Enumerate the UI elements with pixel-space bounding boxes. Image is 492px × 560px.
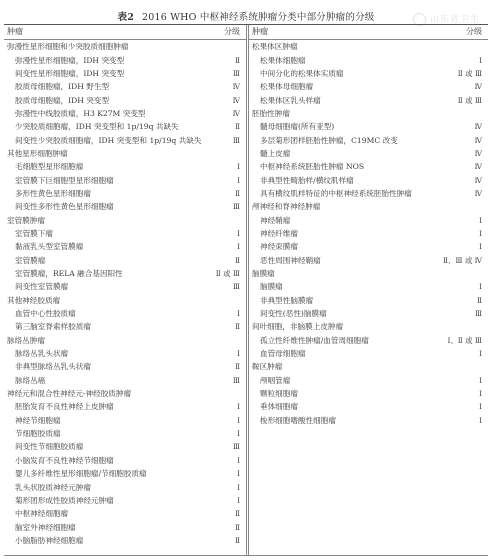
table-group-row: 脉络丛肿瘤 [4,334,246,347]
tumor-name: 间变性星形细胞瘤，IDH 突变型 [4,68,124,79]
table-row: 血管中心性胶质瘤Ⅰ [4,307,246,320]
tumor-name: 胚胎性肿瘤 [249,108,290,119]
right-table-body: 松果体区肿瘤松果体细胞瘤Ⅰ中间分化的松果体实质瘤Ⅱ 或 Ⅲ松果体母细胞瘤Ⅳ松果体… [249,40,488,427]
table-row: 多层菊形团样胚胎性肿瘤，C19MC 改变Ⅳ [249,133,488,146]
tumor-grade: Ⅳ [475,162,488,171]
tumor-grade: Ⅳ [475,189,488,198]
tumor-grade: Ⅳ [233,96,246,105]
tumor-name: 室管膜肿瘤 [4,215,45,226]
table-row: 菊形团形成性胶质神经元肿瘤Ⅰ [4,494,246,507]
tumor-name: 其他星形细胞肿瘤 [4,148,68,159]
table-row: 弥漫性星形细胞瘤，IDH 突变型Ⅱ [4,53,246,66]
tumor-grade: Ⅰ [237,176,246,185]
tumor-grade: Ⅲ [475,309,488,318]
tumor-name: 血管母细胞瘤 [249,348,306,359]
table-row: 髓母细胞瘤(所有亚型)Ⅳ [249,120,488,133]
table-row: 松果体区乳头样瘤Ⅱ 或 Ⅲ [249,93,488,106]
table-group-row: 松果体区肿瘤 [249,40,488,53]
table-row: 孤立性纤维性肿瘤/血管周细胞瘤Ⅰ、Ⅱ 或 Ⅲ [249,334,488,347]
tumor-name: 小脑脂肪神经细胞瘤 [4,535,83,546]
tumor-grade: Ⅱ [235,322,246,331]
table-row: 室管膜下巨细胞型星形细胞瘤Ⅰ [4,173,246,186]
tumor-grade: Ⅲ [233,69,246,78]
table-group-row: 颅神经和脊神经肿瘤 [249,200,488,213]
tumor-grade: Ⅰ [237,162,246,171]
left-table-body: 弥漫性星形细胞和少突胶质细胞肿瘤弥漫性星形细胞瘤，IDH 突变型Ⅱ间变性星形细胞… [4,40,246,547]
table-title: 2016 WHO 中枢神经系统肿瘤分类中部分肿瘤的分级 [142,12,374,23]
tumor-grade: Ⅳ [475,82,488,91]
table-row: 第三脑室脊索样胶质瘤Ⅱ [4,320,246,333]
table-row: 间变性节细胞胶质瘤Ⅲ [4,440,246,453]
table-row: 室管膜下瘤Ⅰ [4,227,246,240]
tumor-grade: Ⅱ [477,296,488,305]
tumor-name: 孤立性纤维性肿瘤/血管周细胞瘤 [249,335,369,346]
table-row: 中间分化的松果体实质瘤Ⅱ 或 Ⅲ [249,67,488,80]
right-table-column: 肿瘤 分级 松果体区肿瘤松果体细胞瘤Ⅰ中间分化的松果体实质瘤Ⅱ 或 Ⅲ松果体母细… [249,25,488,427]
table-group-row: 室管膜肿瘤 [4,213,246,226]
table-row: 颅咽管瘤Ⅰ [249,374,488,387]
tumor-grade: Ⅱ 或 Ⅲ [458,68,488,79]
tumor-grade: Ⅲ [233,136,246,145]
bottom-rule [4,555,488,556]
table-group-row: 脑膜瘤 [249,267,488,280]
table-row: 神经纤维瘤Ⅰ [249,227,488,240]
tumor-grade: Ⅲ [233,202,246,211]
tumor-name: 其他神经胶质瘤 [4,295,60,306]
tumor-name: 婴儿多纤维性星形细胞瘤/节细胞胶质瘤 [4,468,147,479]
tumor-name: 脉络丛肿瘤 [4,335,45,346]
tumor-grade: Ⅰ [237,469,246,478]
tumor-grade: Ⅱ [235,509,246,518]
tumor-grade: Ⅰ、Ⅱ 或 Ⅲ [447,335,488,346]
tumor-name: 神经束膜瘤 [249,241,298,252]
tumor-name: 中枢神经系统胚胎性肿瘤 NOS [249,161,364,172]
table-row: 神经束膜瘤Ⅰ [249,240,488,253]
tumor-name: 神经鞘瘤 [249,215,290,226]
tumor-name: 少突胶质细胞瘤，IDH 突变型和 1p/19q 共缺失 [4,121,179,132]
tumor-name: 松果体区乳头样瘤 [249,95,321,106]
left-header-tumor: 肿瘤 [7,26,23,37]
tumor-name: 恶性周围神经鞘瘤 [249,255,321,266]
table-row: 乳头状胶质神经元肿瘤Ⅰ [4,480,246,493]
tumor-grade: Ⅰ [479,416,488,425]
table-row: 髓上皮瘤Ⅳ [249,147,488,160]
tumor-grade: Ⅱ、Ⅲ 或 Ⅳ [443,255,488,266]
column-separator [246,25,247,555]
tumor-name: 非典型性畸胎样/横纹肌样瘤 [249,175,354,186]
tumor-name: 颅神经和脊神经肿瘤 [249,201,320,212]
tumor-grade: Ⅰ [479,229,488,238]
tumor-name: 中枢神经细胞瘤 [4,508,68,519]
table-row: 中枢神经细胞瘤Ⅱ [4,507,246,520]
tumor-grade: Ⅰ [237,349,246,358]
tumor-name: 间变性多形性黄色星形细胞瘤 [4,201,114,212]
tumor-grade: Ⅱ [235,536,246,545]
table-row: 小脑发育不良性神经节细胞瘤Ⅰ [4,454,246,467]
tumor-name: 脑室外神经细胞瘤 [4,522,76,533]
tumor-grade: Ⅰ [237,429,246,438]
tumor-name: 中间分化的松果体实质瘤 [249,68,344,79]
left-table-column: 肿瘤 分级 弥漫性星形细胞和少突胶质细胞肿瘤弥漫性星形细胞瘤，IDH 突变型Ⅱ间… [4,25,246,547]
table-row: 脉络丛癌Ⅲ [4,374,246,387]
right-header-row: 肿瘤 分级 [249,25,488,40]
left-header-row: 肿瘤 分级 [4,25,246,40]
tumor-name: 室管膜下瘤 [4,228,53,239]
tumor-name: 间变性节细胞胶质瘤 [4,441,83,452]
table-group-row: 间叶细胞，非脑膜上皮肿瘤 [249,320,488,333]
table-row: 中枢神经系统胚胎性肿瘤 NOSⅣ [249,160,488,173]
tumor-name: 神经节细胞瘤 [4,415,61,426]
table-row: 恶性周围神经鞘瘤Ⅱ、Ⅲ 或 Ⅳ [249,254,488,267]
table-group-row: 神经元和混合性神经元-神经胶质肿瘤 [4,387,246,400]
table-row: 胶质母细胞瘤，IDH 突变型Ⅳ [4,93,246,106]
tumor-name: 胶质母细胞瘤，IDH 野生型 [4,81,109,92]
tumor-grade: Ⅱ [235,362,246,371]
tumor-name: 鞍区肿瘤 [249,361,282,372]
tumor-grade: Ⅳ [475,122,488,131]
tumor-grade: Ⅱ [235,523,246,532]
tumor-grade: Ⅰ [479,282,488,291]
tumor-name: 松果体区肿瘤 [249,41,298,52]
tumor-name: 第三脑室脊索样胶质瘤 [4,321,91,332]
table-row: 脑膜瘤Ⅰ [249,280,488,293]
tumor-grade: Ⅰ [237,483,246,492]
tumor-name: 节细胞胶质瘤 [4,428,61,439]
table-row: 松果体细胞瘤Ⅰ [249,53,488,66]
table-row: 胚胎发育不良性神经上皮肿瘤Ⅰ [4,400,246,413]
table-row: 脑室外神经细胞瘤Ⅱ [4,520,246,533]
tumor-name: 弥漫性星形细胞瘤，IDH 突变型 [4,55,124,66]
tumor-grade: Ⅳ [475,136,488,145]
tumor-grade: Ⅰ [479,56,488,65]
tumor-grade: Ⅳ [475,176,488,185]
tumor-name: 室管膜瘤，RELA 融合基因阳性 [4,268,123,279]
table-row: 毛细胞型星形细胞瘤Ⅰ [4,160,246,173]
table-group-row: 胚胎性肿瘤 [249,107,488,120]
tumor-grade: Ⅰ [479,376,488,385]
tumor-name: 多层菊形团样胚胎性肿瘤，C19MC 改变 [249,135,398,146]
tumor-name: 颅咽管瘤 [249,375,290,386]
table-group-row: 其他星形细胞肿瘤 [4,147,246,160]
tumor-name: 菊形团形成性胶质神经元肿瘤 [4,495,114,506]
tumor-name: 髓上皮瘤 [249,148,290,159]
table-row: 脉络丛乳头状瘤Ⅰ [4,347,246,360]
tumor-name: 乳头状胶质神经元肿瘤 [4,482,91,493]
tumor-name: 间变性室管膜瘤 [4,281,68,292]
tumor-name: 松果体细胞瘤 [249,55,306,66]
table-row: 非典型性畸胎样/横纹肌样瘤Ⅳ [249,173,488,186]
table-row: 间变性星形细胞瘤，IDH 突变型Ⅲ [4,67,246,80]
table-row: 婴儿多纤维性星形细胞瘤/节细胞胶质瘤Ⅰ [4,467,246,480]
table-row: 非典型脉络丛乳头状瘤Ⅱ [4,360,246,373]
tumor-grade: Ⅰ [479,389,488,398]
table-row: 多形性黄色星形细胞瘤Ⅱ [4,187,246,200]
left-header-grade: 分级 [224,26,240,37]
tumor-name: 毛细胞型星形细胞瘤 [4,161,83,172]
tumor-grade: Ⅱ [235,56,246,65]
tumor-grade: Ⅱ [235,256,246,265]
table-number: 表2 [118,12,135,23]
table-row: 室管膜瘤，RELA 融合基因阳性Ⅱ 或 Ⅲ [4,267,246,280]
tumor-name: 胚胎发育不良性神经上皮肿瘤 [4,401,114,412]
tumor-name: 室管膜下巨细胞型星形细胞瘤 [4,175,114,186]
tumor-name: 神经元和混合性神经元-神经胶质肿瘤 [4,388,131,399]
table-row: 间变性(恶性)脑膜瘤Ⅲ [249,307,488,320]
table-row: 间变性多形性黄色星形细胞瘤Ⅲ [4,200,246,213]
tumor-grade: Ⅰ [479,242,488,251]
table-row: 颗粒细胞瘤Ⅰ [249,387,488,400]
tumor-grade: Ⅰ [237,242,246,251]
tumor-grade: Ⅱ [235,189,246,198]
tumor-grade: Ⅰ [237,496,246,505]
tumor-name: 室管膜瘤 [4,255,45,266]
tumor-name: 间叶细胞，非脑膜上皮肿瘤 [249,321,343,332]
tumor-name: 血管中心性胶质瘤 [4,308,76,319]
right-header-tumor: 肿瘤 [252,26,268,37]
tumor-name: 神经纤维瘤 [249,228,298,239]
table-row: 垂体细胞瘤Ⅰ [249,400,488,413]
table-row: 少突胶质细胞瘤，IDH 突变型和 1p/19q 共缺失Ⅱ [4,120,246,133]
table-row: 神经鞘瘤Ⅰ [249,213,488,226]
tumor-name: 间变性(恶性)脑膜瘤 [249,308,327,319]
tumor-grade: Ⅰ [237,309,246,318]
table-row: 间变性少突胶质细胞瘤，IDH 突变型和 1p/19q 共缺失Ⅲ [4,133,246,146]
tumor-name: 黏液乳头型室管膜瘤 [4,241,83,252]
tumor-grade: Ⅰ [237,402,246,411]
table-row: 具有横纹肌样特征的中枢神经系统胚胎性肿瘤Ⅳ [249,187,488,200]
table-row: 弥漫性中线胶质瘤，H3 K27M 突变型Ⅳ [4,107,246,120]
table-row: 松果体母细胞瘤Ⅳ [249,80,488,93]
tumor-grade: Ⅰ [479,216,488,225]
tumor-name: 非典型性脑膜瘤 [249,295,313,306]
tumor-name: 胶质母细胞瘤，IDH 突变型 [4,95,109,106]
table-row: 梭形细胞嗜酸性细胞瘤Ⅰ [249,414,488,427]
tumor-name: 具有横纹肌样特征的中枢神经系统胚胎性肿瘤 [249,188,412,199]
tumor-name: 梭形细胞嗜酸性细胞瘤 [249,415,336,426]
tumor-grade: Ⅳ [233,82,246,91]
tumor-grade: Ⅰ [237,456,246,465]
tumor-name: 颗粒细胞瘤 [249,388,298,399]
table-row: 血管母细胞瘤Ⅰ [249,347,488,360]
tumor-name: 弥漫性中线胶质瘤，H3 K27M 突变型 [4,108,146,119]
table-row: 胶质母细胞瘤，IDH 野生型Ⅳ [4,80,246,93]
tumor-name: 弥漫性星形细胞和少突胶质细胞肿瘤 [4,41,129,52]
tumor-grade: Ⅰ [237,416,246,425]
tumor-name: 间变性少突胶质细胞瘤，IDH 突变型和 1p/19q 共缺失 [4,135,201,146]
table-group-row: 其他神经胶质瘤 [4,294,246,307]
tumor-grade: Ⅳ [233,109,246,118]
tumor-name: 松果体母细胞瘤 [249,81,313,92]
tumor-grade: Ⅰ [237,229,246,238]
tumor-grade: Ⅱ 或 Ⅲ [458,95,488,106]
tumor-name: 小脑发育不良性神经节细胞瘤 [4,455,114,466]
table-row: 黏液乳头型室管膜瘤Ⅰ [4,240,246,253]
table-row: 节细胞胶质瘤Ⅰ [4,427,246,440]
table-group-row: 鞍区肿瘤 [249,360,488,373]
table-row: 非典型性脑膜瘤Ⅱ [249,294,488,307]
right-header-grade: 分级 [466,26,482,37]
tumor-name: 脉络丛乳头状瘤 [4,348,68,359]
tumor-grade: Ⅱ 或 Ⅲ [216,268,246,279]
table-row: 间变性室管膜瘤Ⅲ [4,280,246,293]
table-row: 小脑脂肪神经细胞瘤Ⅱ [4,534,246,547]
tumor-name: 脉络丛癌 [4,375,45,386]
tumor-grade: Ⅲ [233,376,246,385]
table-row: 室管膜瘤Ⅱ [4,254,246,267]
table-group-row: 弥漫性星形细胞和少突胶质细胞肿瘤 [4,40,246,53]
tumor-grade: Ⅰ [479,349,488,358]
tumor-grade: Ⅲ [233,442,246,451]
tumor-name: 垂体细胞瘤 [249,401,298,412]
tumor-grade: Ⅱ [235,122,246,131]
table-row: 神经节细胞瘤Ⅰ [4,414,246,427]
tumor-name: 脑膜瘤 [249,281,283,292]
tumor-name: 髓母细胞瘤(所有亚型) [249,121,334,132]
tumor-grade: Ⅰ [479,402,488,411]
tumor-grade: Ⅲ [233,282,246,291]
tumor-name: 脑膜瘤 [249,268,275,279]
tumor-name: 多形性黄色星形细胞瘤 [4,188,91,199]
tumor-name: 非典型脉络丛乳头状瘤 [4,361,91,372]
tumor-grade: Ⅳ [475,149,488,158]
